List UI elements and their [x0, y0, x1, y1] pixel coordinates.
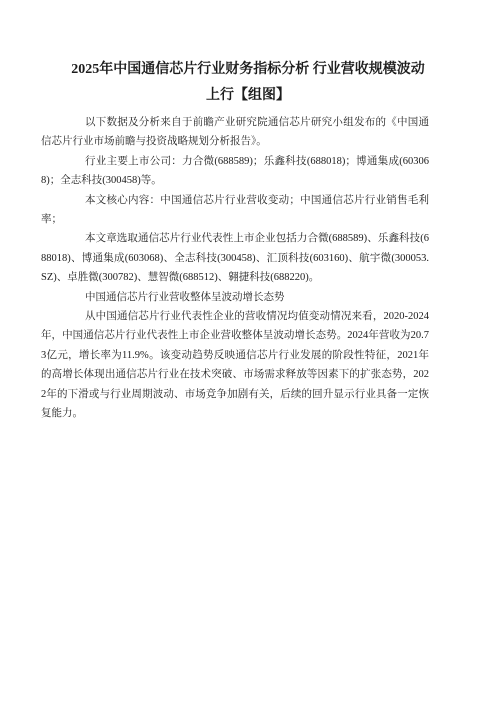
document-body: 以下数据及分析来自于前瞻产业研究院通信芯片研究小组发布的《中国通信芯片行业市场前…: [41, 113, 429, 424]
paragraph-listed-companies: 行业主要上市公司：力合微(688589)；乐鑫科技(688018)；博通集成(6…: [41, 152, 429, 191]
document-title-line-1: 2025年中国通信芯片行业财务指标分析 行业营收规模波动: [41, 57, 455, 83]
section-subheading-revenue-trend: 中国通信芯片行业营收整体呈波动增长态势: [41, 288, 429, 307]
document-title-line-2: 上行【组图】: [41, 83, 455, 109]
document-title: 2025年中国通信芯片行业财务指标分析 行业营收规模波动 上行【组图】: [41, 57, 455, 109]
paragraph-revenue-analysis: 从中国通信芯片行业代表性企业的营收情况均值变动情况来看，2020-2024年，中…: [41, 307, 429, 423]
paragraph-data-source: 以下数据及分析来自于前瞻产业研究院通信芯片研究小组发布的《中国通信芯片行业市场前…: [41, 113, 429, 152]
document-page: 2025年中国通信芯片行业财务指标分析 行业营收规模波动 上行【组图】 以下数据…: [0, 0, 496, 701]
paragraph-core-content: 本文核心内容：中国通信芯片行业营收变动；中国通信芯片行业销售毛利率；: [41, 191, 429, 230]
paragraph-selected-companies: 本文章选取通信芯片行业代表性上市企业包括力合微(688589)、乐鑫科技(688…: [41, 229, 429, 287]
